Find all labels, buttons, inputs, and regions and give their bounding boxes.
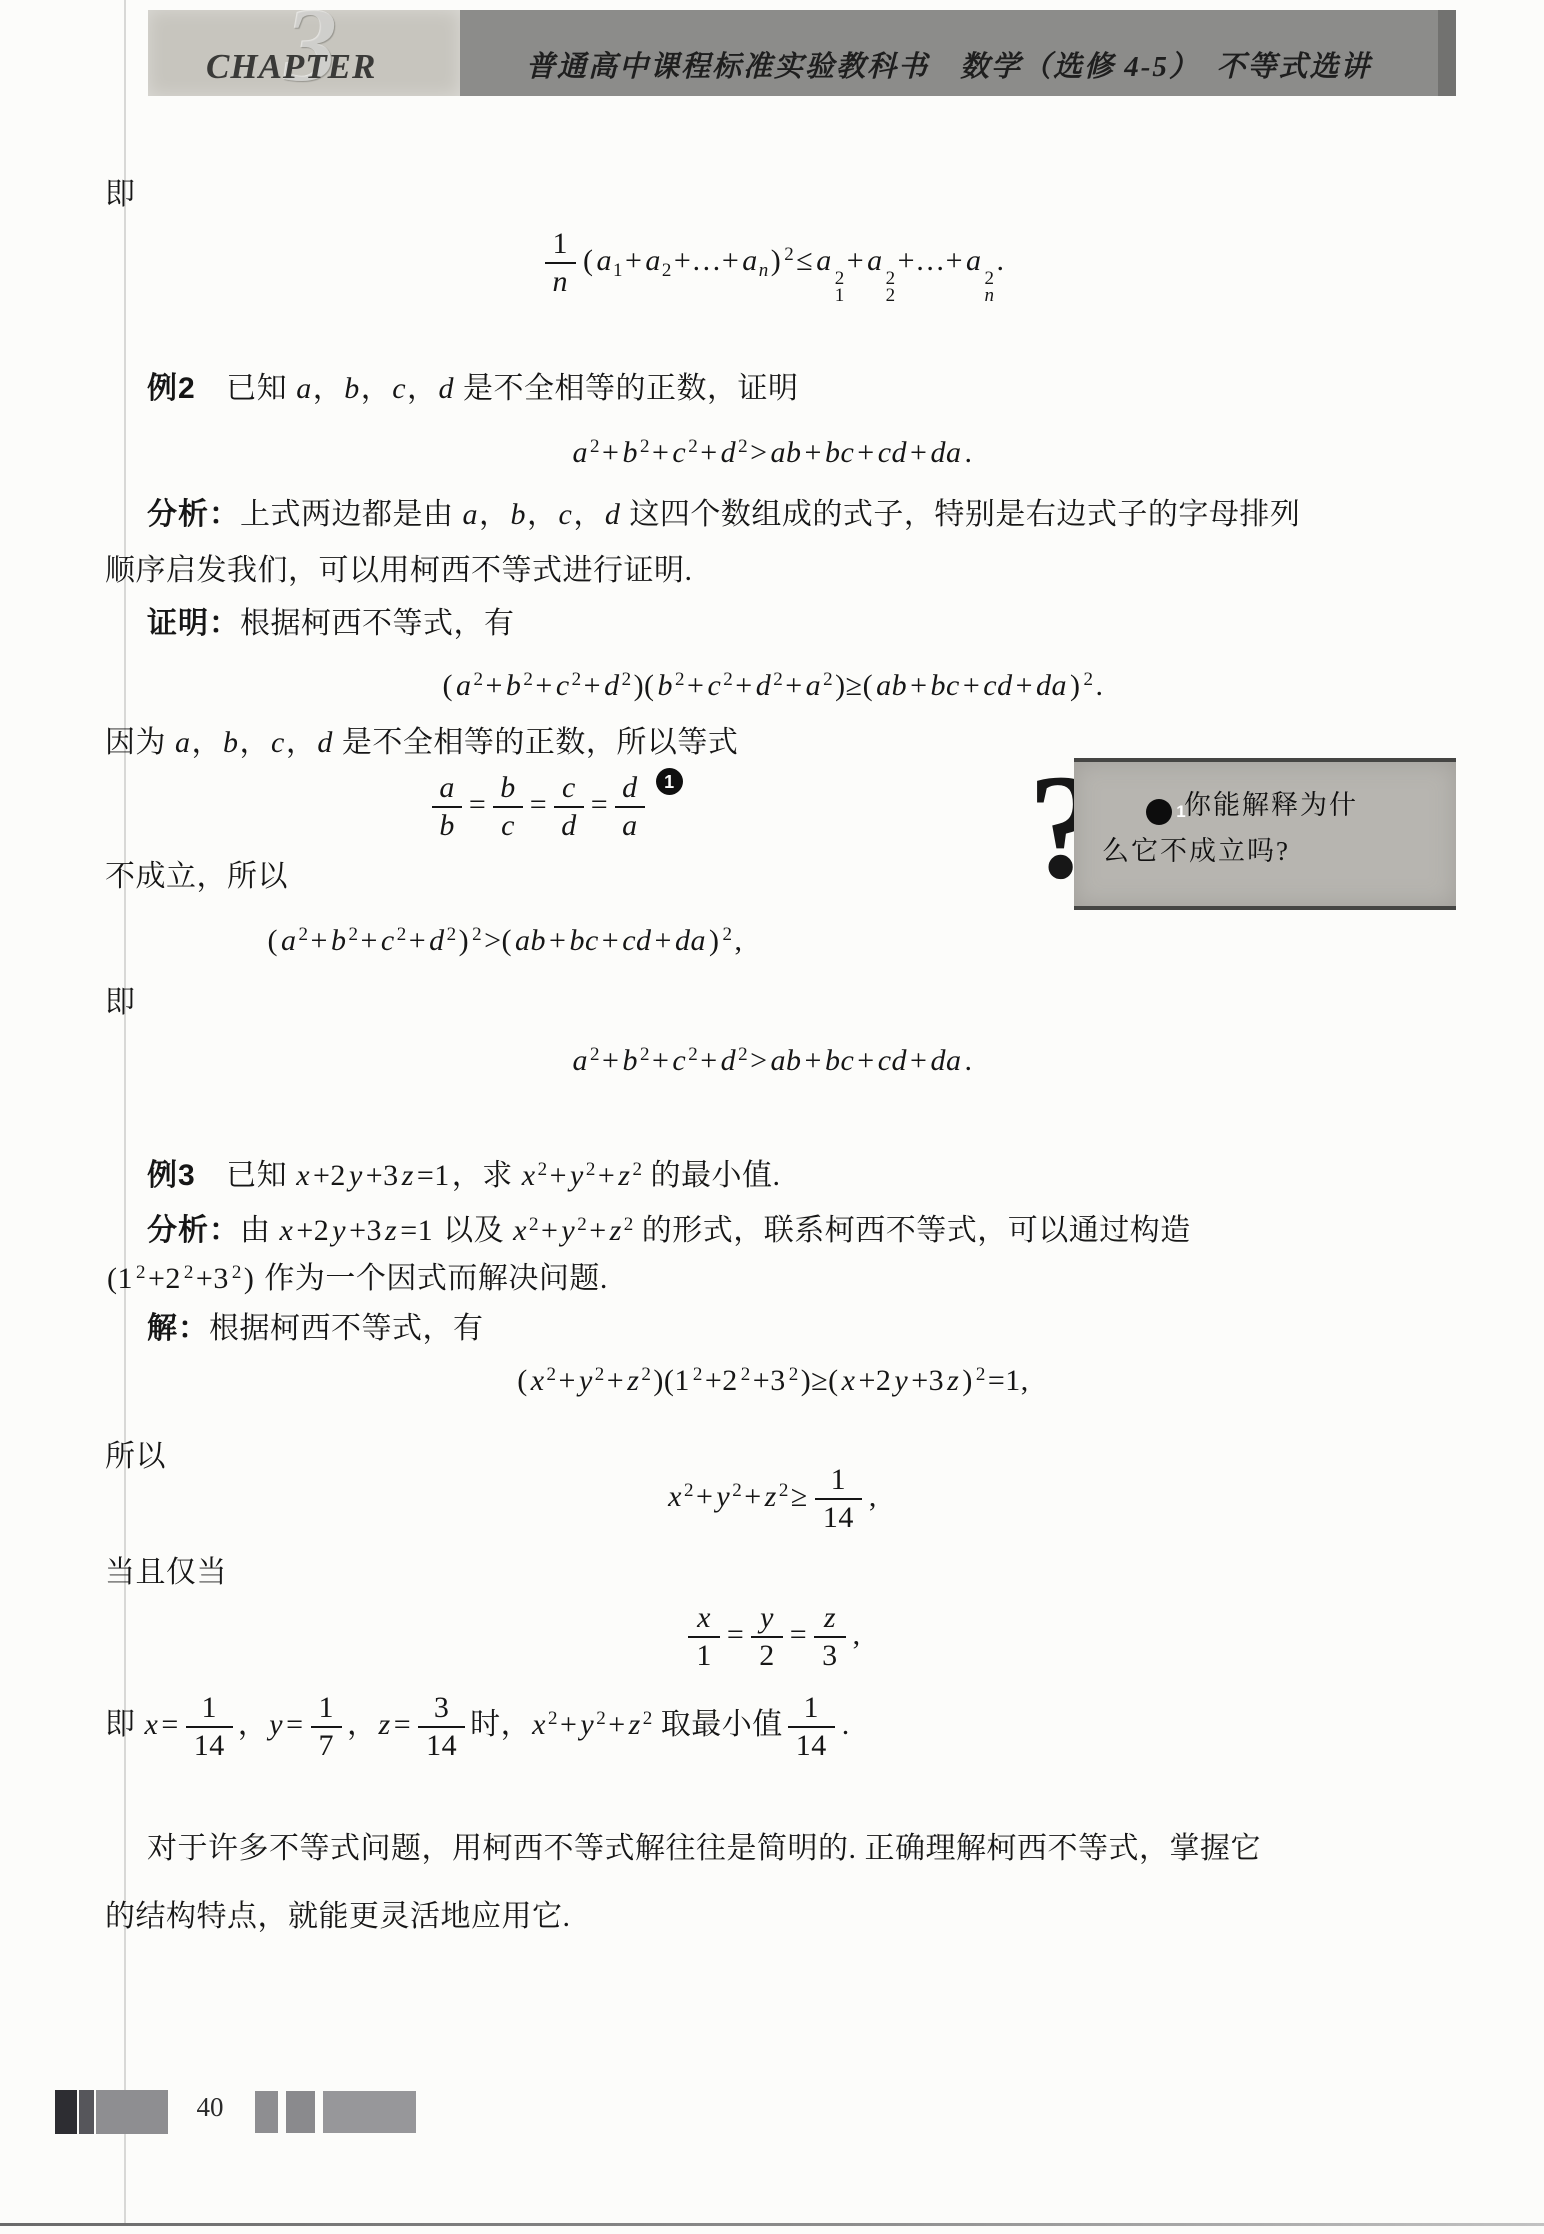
math-token: + xyxy=(582,669,603,702)
math-token: 的形式，联系柯西不等式，可以通过构造 xyxy=(634,1214,1191,1247)
math-token: 2 xyxy=(751,1636,783,1674)
math-token: +…+ xyxy=(896,244,965,277)
math-token: a xyxy=(572,436,590,469)
example3-analysis-line1: 分析：由 x+2y+3z=1 以及 x2+y2+z2 的形式，联系柯西不等式，可… xyxy=(105,1210,1441,1252)
math-token: 2 xyxy=(886,287,896,304)
formula-equality-condition: x1=y2=z3, xyxy=(105,1600,1441,1674)
math-token: 1 xyxy=(551,227,571,260)
math-token: 证明： xyxy=(147,607,240,640)
math-token: b xyxy=(343,372,361,405)
math-token: + xyxy=(587,1214,608,1247)
math-token: x xyxy=(530,1364,546,1397)
sup-sub-stack: 2n xyxy=(985,270,995,304)
sup-sub-stack: 21 xyxy=(835,270,845,304)
math-token: ) xyxy=(769,244,784,277)
math-token: b xyxy=(505,669,523,702)
math-token: 是不全相等的正数，所以等式 xyxy=(334,726,739,759)
math-token: + xyxy=(557,1364,578,1397)
fraction: cd xyxy=(554,770,584,844)
math-token: bc xyxy=(930,669,961,702)
math-token: 2 xyxy=(529,1214,539,1235)
math-token: x xyxy=(696,1601,712,1634)
math-token: ， xyxy=(347,1708,378,1741)
math-token: ) xyxy=(242,1262,257,1295)
math-token: 2 xyxy=(538,1159,548,1180)
math-token: + xyxy=(783,669,804,702)
fraction: 1n xyxy=(545,226,577,300)
chapter-banner: 3 CHAPTER xyxy=(148,10,460,96)
math-token: z xyxy=(626,1364,640,1397)
math-token: 2 xyxy=(473,669,483,690)
math-token: a xyxy=(462,498,480,531)
text-line-ji-2: 即 xyxy=(105,982,1441,1024)
math-token: cd xyxy=(621,924,652,957)
math-token: > xyxy=(748,1044,769,1077)
math-token: 3 xyxy=(814,1636,846,1674)
math-token: 1 xyxy=(829,1463,849,1496)
math-token: z xyxy=(628,1708,642,1741)
math-token: +…+ xyxy=(672,244,741,277)
footnote-1-badge: 1 xyxy=(1146,799,1172,825)
math-token: b xyxy=(499,771,517,804)
math-token: y xyxy=(579,1708,595,1741)
example3-analysis-line2: (12+22+32) 作为一个因式而解决问题. xyxy=(105,1258,1441,1300)
math-token: + xyxy=(547,924,568,957)
example2-proof-heading: 证明：根据柯西不等式，有 xyxy=(105,603,1441,645)
math-token: 2 xyxy=(722,924,732,945)
math-token: 2 xyxy=(472,924,482,945)
math-token: = xyxy=(159,1708,180,1741)
math-token: 2 xyxy=(757,1639,777,1672)
math-token: + xyxy=(605,1364,626,1397)
math-token: 2 xyxy=(622,669,632,690)
header-title: 普通高中课程标准实验教科书 数学（选修 4-5） 不等式选讲 xyxy=(526,44,1371,85)
math-token: 解： xyxy=(147,1312,209,1345)
math-token: = xyxy=(589,788,610,821)
example3-solution-heading: 解：根据柯西不等式，有 xyxy=(105,1308,1441,1350)
math-token: 2 xyxy=(675,669,685,690)
math-token: ， xyxy=(527,498,558,531)
math-token: y xyxy=(348,1159,364,1192)
math-token: + xyxy=(407,924,428,957)
math-token: a xyxy=(280,924,298,957)
math-token: 1 xyxy=(688,1636,720,1674)
math-token: a xyxy=(596,244,614,277)
math-token: a xyxy=(572,1044,590,1077)
math-token: 7 xyxy=(317,1729,337,1762)
math-token: 2 xyxy=(596,1708,606,1729)
math-token: 时， xyxy=(470,1708,531,1741)
math-token: y xyxy=(560,1214,576,1247)
math-token: z xyxy=(401,1159,415,1192)
math-token: 2 xyxy=(632,1159,642,1180)
math-token: d xyxy=(438,372,456,405)
formula-cauchy-applied: (a2+b2+c2+d2)(b2+c2+d2+a2)≥(ab+bc+cd+da)… xyxy=(105,665,1441,707)
math-token: + xyxy=(803,1044,824,1077)
math-token: = xyxy=(788,1618,809,1651)
math-token: ) xyxy=(1068,669,1083,702)
math-token: ， xyxy=(407,372,438,405)
math-token: y xyxy=(331,1214,347,1247)
math-token: +3 xyxy=(364,1159,401,1192)
math-token: 1 xyxy=(545,226,577,262)
math-token: . xyxy=(840,1708,852,1741)
formula-squared-inequality: (a2+b2+c2+d2)2>(ab+bc+cd+da)2, xyxy=(105,920,905,962)
math-token: 2 xyxy=(693,1364,703,1385)
math-token: a xyxy=(615,806,645,844)
math-token: = xyxy=(528,788,549,821)
math-token: + xyxy=(694,1480,715,1513)
math-token: +3 xyxy=(909,1364,946,1397)
math-token: 例3 xyxy=(147,1159,196,1192)
math-token: ( xyxy=(581,244,596,277)
math-token: 2 xyxy=(136,1262,146,1283)
math-token: z xyxy=(814,1600,846,1636)
math-token: 1 xyxy=(200,1691,220,1724)
math-token: 14 xyxy=(821,1501,856,1534)
math-token: 已知 xyxy=(196,372,296,405)
math-token: c xyxy=(561,771,577,804)
math-token: + xyxy=(742,1480,763,1513)
math-token: a xyxy=(432,770,462,806)
math-token: + xyxy=(685,669,706,702)
math-token: )( xyxy=(632,669,657,702)
math-token: d xyxy=(316,726,334,759)
math-token: 根据柯西不等式，有 xyxy=(240,607,515,640)
math-token: 1 xyxy=(613,260,623,281)
math-token: 14 xyxy=(186,1726,233,1764)
math-token: 2 xyxy=(624,1214,634,1235)
math-token: , xyxy=(867,1480,879,1513)
math-token: = xyxy=(284,1708,305,1741)
math-token: + xyxy=(650,1044,671,1077)
fraction: x1 xyxy=(688,1600,720,1674)
math-token: ab xyxy=(514,924,547,957)
math-token: 即 xyxy=(105,1708,144,1741)
math-token: ) xyxy=(960,1364,975,1397)
math-token: 2 xyxy=(779,1480,789,1501)
math-token: b xyxy=(330,924,348,957)
math-token: b xyxy=(438,809,456,842)
math-token: 2 xyxy=(1084,669,1094,690)
math-token: c xyxy=(270,726,286,759)
math-token: a xyxy=(174,726,192,759)
text-line-ji-1: 即 xyxy=(105,174,1441,216)
fraction: bc xyxy=(493,770,523,844)
math-token: >( xyxy=(482,924,514,957)
footer-bar-small-1 xyxy=(255,2091,278,2133)
math-token: + xyxy=(600,1044,621,1077)
math-token: +3 xyxy=(751,1364,788,1397)
math-token: b xyxy=(621,436,639,469)
math-token: x xyxy=(521,1159,537,1192)
math-token: bc xyxy=(824,1044,855,1077)
math-token: 作为一个因式而解决问题. xyxy=(256,1262,608,1295)
math-token: a xyxy=(741,244,759,277)
math-token: y xyxy=(715,1480,731,1513)
math-token: +3 xyxy=(347,1214,384,1247)
math-token: + xyxy=(908,669,929,702)
fraction: 17 xyxy=(311,1690,343,1764)
math-token: + xyxy=(483,669,504,702)
math-token: 2 xyxy=(688,436,698,457)
math-token: y xyxy=(578,1364,594,1397)
math-token: z xyxy=(609,1214,623,1247)
math-token: , xyxy=(732,924,744,957)
math-token: d xyxy=(755,669,773,702)
math-token: (1 xyxy=(105,1262,135,1295)
math-token: + xyxy=(623,244,644,277)
page-number: 40 xyxy=(178,2092,242,2123)
math-token: ，求 xyxy=(452,1159,521,1192)
math-token: da xyxy=(1035,669,1068,702)
math-token: 3 xyxy=(820,1639,840,1672)
scan-bottom-edge-line xyxy=(0,2223,1544,2226)
math-token: 2 xyxy=(595,1364,605,1385)
closing-paragraph-line2: 的结构特点，就能更灵活地应用它. xyxy=(105,1896,1441,1938)
math-token: + xyxy=(596,1159,617,1192)
math-token: +2 xyxy=(857,1364,894,1397)
math-token: = xyxy=(467,788,488,821)
fraction: da xyxy=(615,770,645,844)
math-token: a xyxy=(295,372,313,405)
footer-bar-gray xyxy=(96,2090,168,2134)
math-token: + xyxy=(539,1214,560,1247)
math-token: ， xyxy=(479,498,510,531)
math-token: + xyxy=(908,1044,929,1077)
fraction: y2 xyxy=(751,1600,783,1674)
math-token: + xyxy=(600,436,621,469)
math-token: 2 xyxy=(590,436,600,457)
math-token: bc xyxy=(568,924,599,957)
math-token: ( xyxy=(515,1364,530,1397)
math-token: a xyxy=(644,244,662,277)
example2-analysis-line2: 顺序启发我们，可以用柯西不等式进行证明. xyxy=(105,550,1441,592)
math-token: 14 xyxy=(418,1726,465,1764)
math-token: + xyxy=(961,669,982,702)
math-token: da xyxy=(929,436,962,469)
math-token: a xyxy=(621,809,639,842)
math-token: c xyxy=(671,436,687,469)
math-token: b xyxy=(493,770,523,806)
math-token: 的最小值. xyxy=(642,1159,780,1192)
math-token: ) xyxy=(707,924,722,957)
math-token: 2 xyxy=(397,924,407,945)
math-token: ， xyxy=(240,726,271,759)
math-token: + xyxy=(855,436,876,469)
math-token: + xyxy=(600,924,621,957)
math-token: a xyxy=(965,244,983,277)
math-token: y xyxy=(759,1601,775,1634)
math-token: 2 xyxy=(784,244,794,265)
sup-sub-stack: 22 xyxy=(886,270,896,304)
math-token: = xyxy=(392,1708,413,1741)
formula-min-bound: x2+y2+z2≥114, xyxy=(105,1462,1441,1536)
textbook-page: 3 CHAPTER 普通高中课程标准实验教科书 数学（选修 4-5） 不等式选讲… xyxy=(0,0,1544,2234)
fraction: 114 xyxy=(186,1690,233,1764)
math-token: c xyxy=(558,498,574,531)
math-token: da xyxy=(929,1044,962,1077)
math-token: ≤ xyxy=(794,244,815,277)
math-token: c xyxy=(391,372,407,405)
math-token: a xyxy=(866,244,884,277)
math-token: =1 xyxy=(415,1159,452,1192)
math-token: d xyxy=(604,498,622,531)
formula-minimum-values: 即 x=114，y=17，z=314时，x2+y2+z2 取最小值114. xyxy=(105,1690,1441,1764)
math-token: +2 xyxy=(146,1262,183,1295)
math-token: y xyxy=(268,1708,284,1741)
math-token: ， xyxy=(286,726,317,759)
math-token: + xyxy=(845,244,866,277)
fraction: 314 xyxy=(418,1690,465,1764)
math-token: . xyxy=(995,244,1007,277)
math-token: n xyxy=(759,260,769,281)
math-token: 以及 xyxy=(435,1214,512,1247)
math-token: a xyxy=(455,669,473,702)
math-token: + xyxy=(533,669,554,702)
chapter-label: CHAPTER xyxy=(206,47,376,87)
math-token: z xyxy=(378,1708,392,1741)
math-token: . xyxy=(962,1044,974,1077)
math-token: d xyxy=(615,770,645,806)
math-token: c xyxy=(500,809,516,842)
math-token: ) xyxy=(457,924,472,957)
math-token: n xyxy=(545,262,577,300)
math-token: b xyxy=(657,669,675,702)
math-token: 分析： xyxy=(147,1214,240,1247)
math-token: 上式两边都是由 xyxy=(240,498,462,531)
math-token: 2 xyxy=(640,1044,650,1065)
footer-bar-small-2 xyxy=(286,2091,315,2133)
math-token: 由 xyxy=(240,1214,279,1247)
math-token: 因为 xyxy=(105,726,174,759)
math-token: 2 xyxy=(577,1214,587,1235)
math-token: 1 xyxy=(694,1639,714,1672)
math-token: c xyxy=(493,806,523,844)
footer-bar-dark xyxy=(55,2090,77,2134)
math-token: 2 xyxy=(789,1364,799,1385)
math-token: 1 xyxy=(802,1691,822,1724)
footnote-1-marker: 1 xyxy=(656,768,683,795)
math-token: + xyxy=(606,1708,627,1741)
formula-ratio-chain: ab=bc=cd=da1 xyxy=(105,770,1005,844)
math-token: 2 xyxy=(738,1044,748,1065)
math-token: a xyxy=(438,771,456,804)
math-token: ， xyxy=(361,372,392,405)
math-token: d xyxy=(720,436,738,469)
math-token: . xyxy=(962,436,974,469)
text-line-iff: 当且仅当 xyxy=(105,1552,1441,1594)
math-token: ab xyxy=(770,436,803,469)
math-token: ， xyxy=(238,1708,269,1741)
math-token: . xyxy=(1094,669,1106,702)
math-token: 2 xyxy=(684,1480,694,1501)
fraction: 114 xyxy=(815,1462,862,1536)
math-token: x xyxy=(667,1480,683,1513)
math-token: + xyxy=(733,669,754,702)
math-token: 1 xyxy=(186,1690,233,1726)
footer-bar-medium xyxy=(79,2090,94,2134)
math-token: 2 xyxy=(976,1364,986,1385)
math-token: 2 xyxy=(738,436,748,457)
math-token: x xyxy=(841,1364,857,1397)
math-token: 14 xyxy=(424,1729,459,1762)
math-token: 根据柯西不等式，有 xyxy=(209,1312,484,1345)
math-token: + xyxy=(309,924,330,957)
math-token: 2 xyxy=(348,924,358,945)
math-token: 已知 xyxy=(196,1159,296,1192)
math-token: ab xyxy=(875,669,908,702)
math-token: b xyxy=(432,806,462,844)
math-token: b xyxy=(621,1044,639,1077)
math-token: cd xyxy=(982,669,1013,702)
math-token: y xyxy=(569,1159,585,1192)
math-token: +2 xyxy=(703,1364,740,1397)
footer-bar-wide xyxy=(323,2091,416,2133)
math-token: 2 xyxy=(773,669,783,690)
math-token: 2 xyxy=(732,1480,742,1501)
math-token: ， xyxy=(313,372,344,405)
math-token: 2 xyxy=(299,924,309,945)
math-token: 14 xyxy=(192,1729,227,1762)
math-token: 14 xyxy=(815,1498,862,1536)
math-token: > xyxy=(748,436,769,469)
math-token: 14 xyxy=(794,1729,829,1762)
math-token: 1 xyxy=(835,287,845,304)
math-token: + xyxy=(1014,669,1035,702)
math-token: )(1 xyxy=(651,1364,691,1397)
math-token: 2 xyxy=(548,1708,558,1729)
math-token: z xyxy=(946,1364,960,1397)
math-token: 2 xyxy=(823,669,833,690)
math-token: + xyxy=(558,1708,579,1741)
math-token: +3 xyxy=(194,1262,231,1295)
math-token: 2 xyxy=(643,1708,653,1729)
math-token: )≥( xyxy=(799,1364,841,1397)
formula-example2-result: a2+b2+c2+d2>ab+bc+cd+da. xyxy=(105,1040,1441,1082)
fraction: 114 xyxy=(788,1690,835,1764)
math-token: 2 xyxy=(547,1364,557,1385)
math-token: x xyxy=(688,1600,720,1636)
fraction: z3 xyxy=(814,1600,846,1674)
math-token: b xyxy=(222,726,240,759)
math-token: 2 xyxy=(662,260,672,281)
math-token: + xyxy=(650,436,671,469)
math-token: d xyxy=(560,809,578,842)
math-token: 取最小值 xyxy=(653,1708,783,1741)
math-token: x xyxy=(295,1159,311,1192)
math-token: + xyxy=(653,924,674,957)
math-token: =1, xyxy=(986,1364,1031,1397)
math-token: c xyxy=(554,770,584,806)
math-token: c xyxy=(671,1044,687,1077)
math-token: +2 xyxy=(294,1214,331,1247)
example2-analysis-line1: 分析：上式两边都是由 a，b，c，d 这四个数组成的式子，特别是右边式子的字母排… xyxy=(105,494,1441,536)
math-token: 2 xyxy=(586,1159,596,1180)
fraction: ab xyxy=(432,770,462,844)
math-token: +2 xyxy=(311,1159,348,1192)
math-token: cd xyxy=(877,1044,908,1077)
math-token: 2 xyxy=(523,669,533,690)
math-token: 2 xyxy=(590,1044,600,1065)
math-token: c xyxy=(555,669,571,702)
math-token: z xyxy=(384,1214,398,1247)
math-token: ≥ xyxy=(789,1480,810,1513)
math-token: d xyxy=(603,669,621,702)
math-token: 1 xyxy=(317,1691,337,1724)
math-token: a xyxy=(815,244,833,277)
math-token: = xyxy=(725,1618,746,1651)
